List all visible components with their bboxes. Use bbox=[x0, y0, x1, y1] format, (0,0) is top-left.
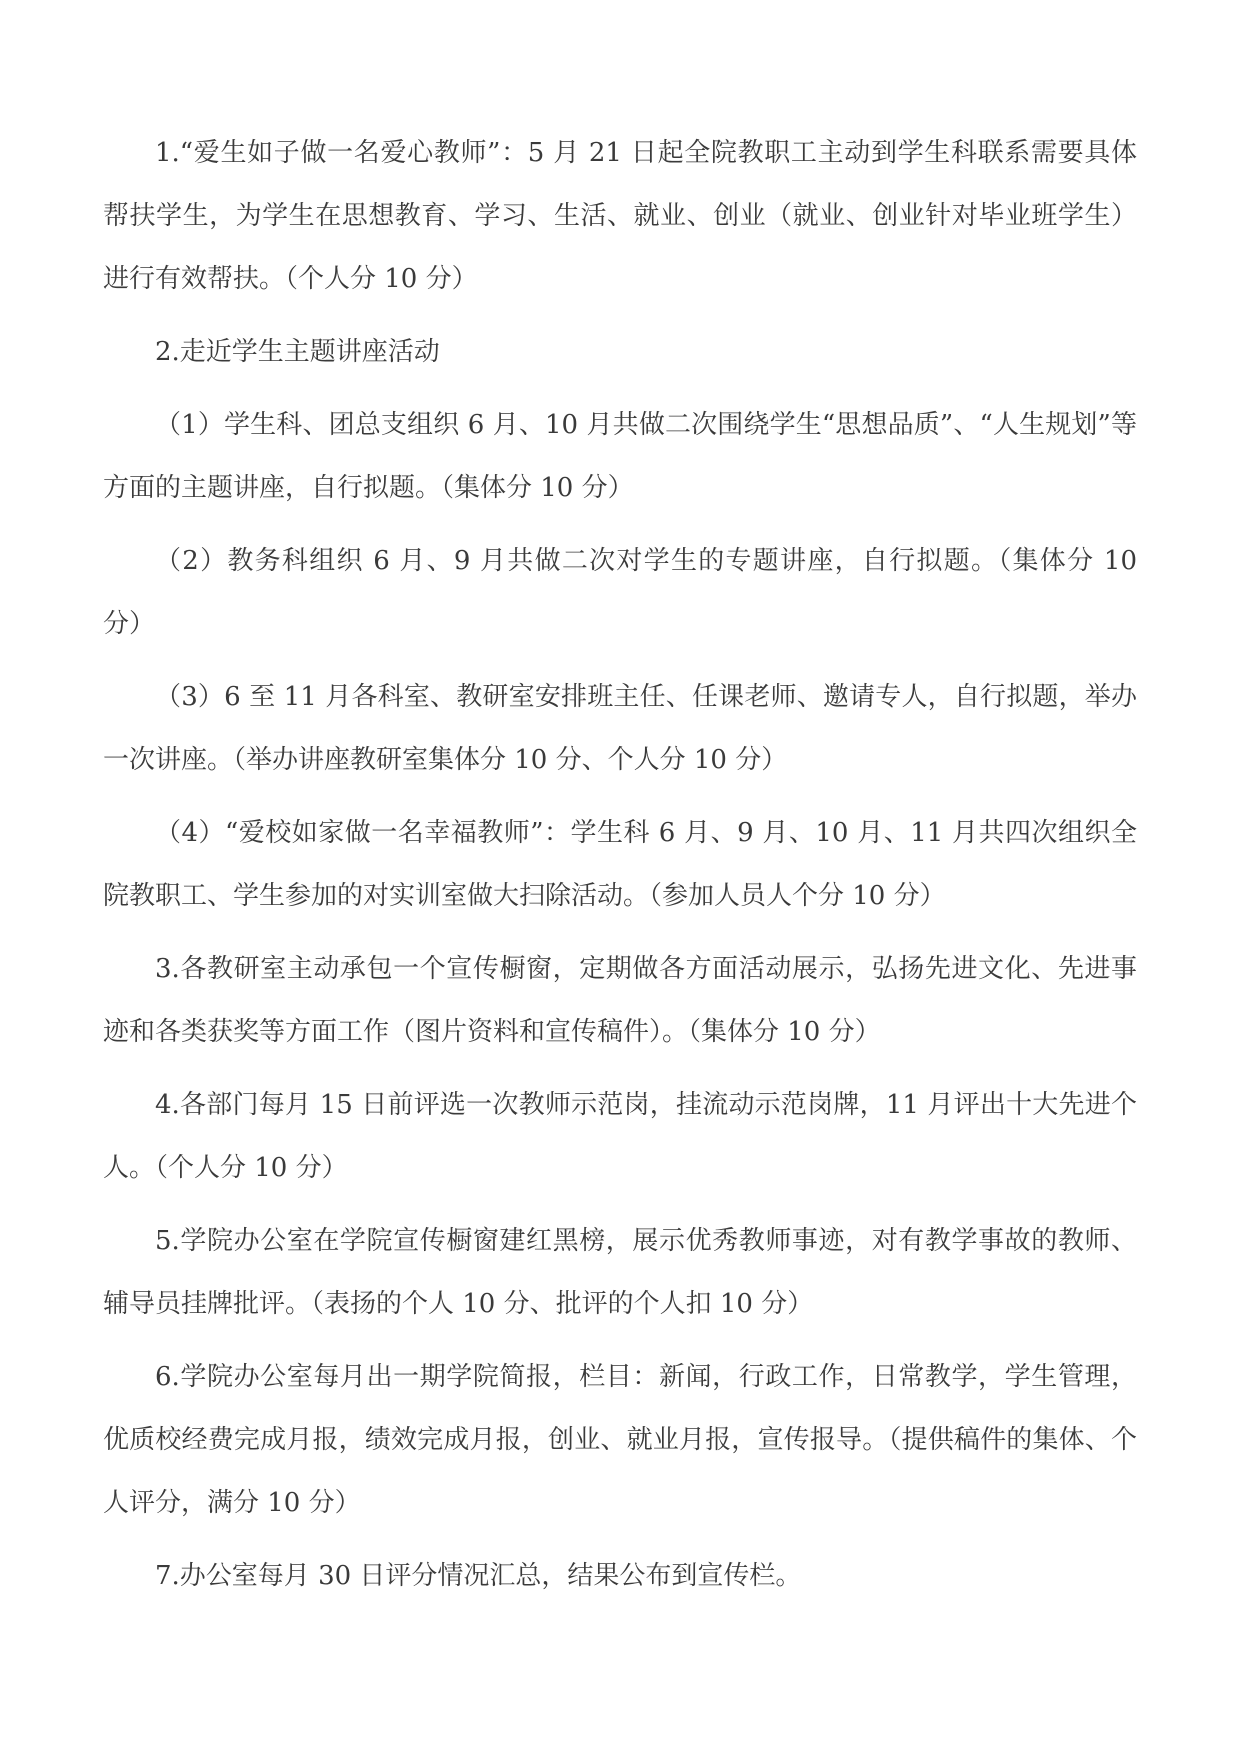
document-page: 1.“爱生如子做一名爱心教师”：5 月 21 日起全院教职工主动到学生科联系需要… bbox=[0, 0, 1240, 1754]
paragraph-2-item-2: （2）教务科组织 6 月、9 月共做二次对学生的专题讲座，自行拟题。（集体分 1… bbox=[103, 530, 1137, 656]
paragraph-2-item-3: （3）6 至 11 月各科室、教研室安排班主任、任课老师、邀请专人，自行拟题，举… bbox=[103, 666, 1137, 792]
paragraph-2-item-1: （1）学生科、团总支组织 6 月、10 月共做二次围绕学生“思想品质”、“人生规… bbox=[103, 394, 1137, 520]
paragraph-2-item-4: （4）“爱校如家做一名幸福教师”：学生科 6 月、9 月、10 月、11 月共四… bbox=[103, 802, 1137, 928]
paragraph-2: 2.走近学生主题讲座活动 bbox=[103, 321, 1137, 384]
paragraph-7: 7.办公室每月 30 日评分情况汇总，结果公布到宣传栏。 bbox=[103, 1545, 1137, 1608]
paragraph-4: 4.各部门每月 15 日前评选一次教师示范岗，挂流动示范岗牌，11 月评出十大先… bbox=[103, 1074, 1137, 1200]
paragraph-6: 6.学院办公室每月出一期学院简报，栏目：新闻，行政工作，日常教学，学生管理，优质… bbox=[103, 1346, 1137, 1535]
paragraph-1: 1.“爱生如子做一名爱心教师”：5 月 21 日起全院教职工主动到学生科联系需要… bbox=[103, 122, 1137, 311]
paragraph-5: 5.学院办公室在学院宣传橱窗建红黑榜，展示优秀教师事迹，对有教学事故的教师、辅导… bbox=[103, 1210, 1137, 1336]
paragraph-3: 3.各教研室主动承包一个宣传橱窗，定期做各方面活动展示，弘扬先进文化、先进事迹和… bbox=[103, 938, 1137, 1064]
